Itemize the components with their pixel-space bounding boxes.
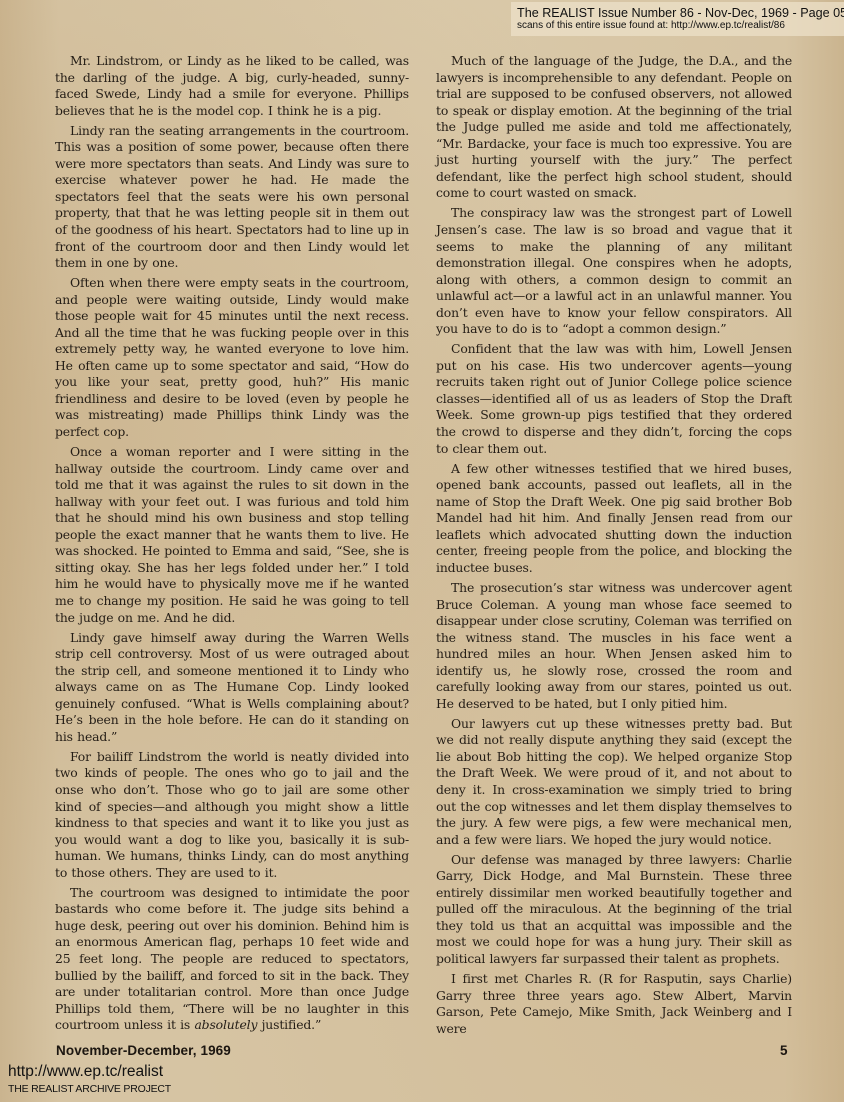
archive-url: http://www.ep.tc/realist [8,1063,163,1081]
paragraph: The prosecution’s star witness was under… [436,580,792,712]
archive-project-label: THE REALIST ARCHIVE PROJECT [8,1083,171,1095]
issue-title: The REALIST Issue Number 86 - Nov-Dec, 1… [517,6,844,20]
issue-date: November-December, 1969 [56,1043,231,1058]
page-number: 5 [780,1043,788,1058]
paragraph: Our defense was managed by three lawyers… [436,852,792,968]
paragraph-text: The courtroom was designed to intimidate… [55,885,409,1032]
article-right-column: Much of the language of the Judge, the D… [436,53,792,1041]
paragraph: Once a woman reporter and I were sitting… [55,444,409,626]
paragraph-final: The courtroom was designed to intimidate… [55,885,409,1034]
paragraph: The conspiracy law was the strongest par… [436,205,792,337]
paragraph: Mr. Lindstrom, or Lindy as he liked to b… [55,53,409,119]
paragraph: Often when there were empty seats in the… [55,275,409,440]
paragraph: Confident that the law was with him, Low… [436,341,792,457]
paragraph: For bailiff Lindstrom the world is neatl… [55,749,409,881]
paragraph-tail: justified.” [257,1017,321,1032]
paragraph: A few other witnesses testified that we … [436,461,792,577]
issue-header-banner: The REALIST Issue Number 86 - Nov-Dec, 1… [511,2,844,36]
article-left-column: Mr. Lindstrom, or Lindy as he liked to b… [55,53,409,1037]
paragraph: Our lawyers cut up these witnesses prett… [436,716,792,848]
paragraph: Much of the language of the Judge, the D… [436,53,792,202]
issue-source-note: scans of this entire issue found at: htt… [517,20,844,32]
paragraph: Lindy ran the seating arrangements in th… [55,123,409,272]
emphasized-word: absolutely [194,1017,257,1032]
paragraph: Lindy gave himself away during the Warre… [55,630,409,746]
paragraph: I first met Charles R. (R for Rasputin, … [436,971,792,1037]
